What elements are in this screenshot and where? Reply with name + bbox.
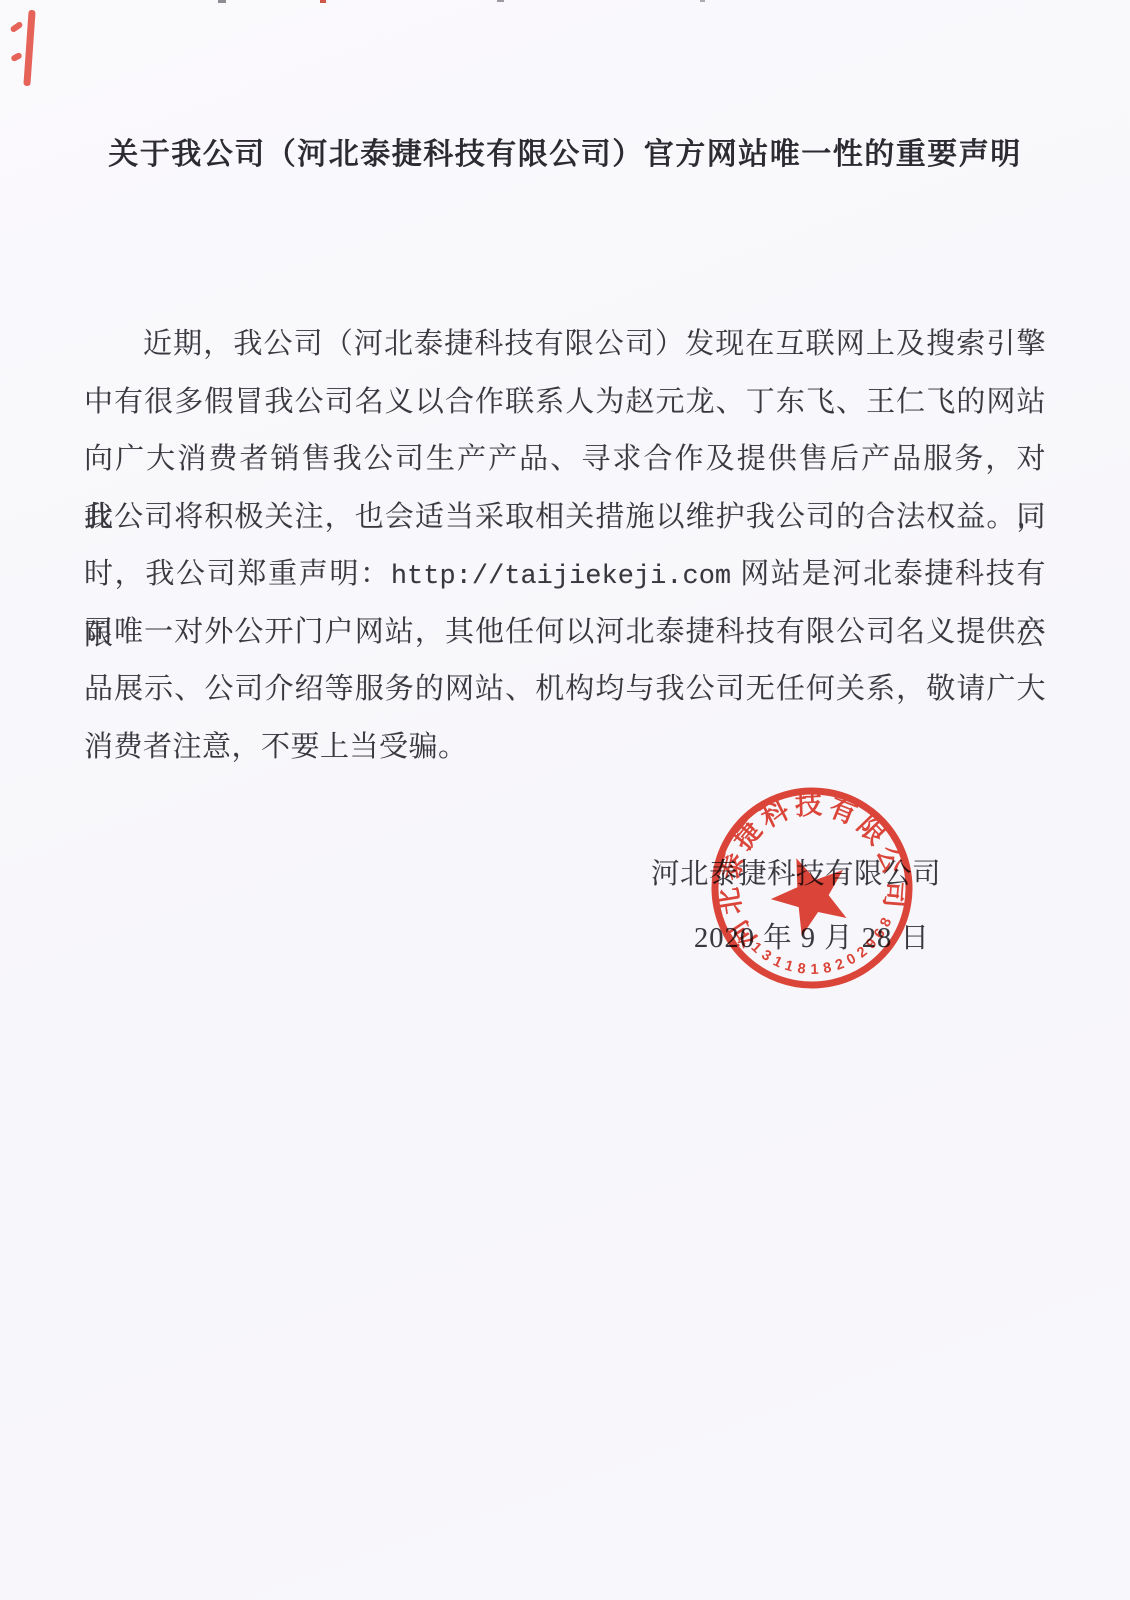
statement-paragraph: 近期，我公司（河北泰捷科技有限公司）发现在互联网上及搜索引擎 中有很多假冒我公司… <box>84 316 1046 776</box>
company-seal: 河北泰捷科技有限公司 1311818202968 <box>692 768 932 1008</box>
scan-speck <box>700 0 705 2</box>
scan-speck <box>218 0 226 3</box>
scan-speck <box>320 0 326 3</box>
body-line: 我公司将积极关注，也会适当采取相关措施以维护我公司的合法权益。同 <box>84 489 1046 547</box>
stamp-fragment-stroke <box>9 21 23 33</box>
body-line: 中有很多假冒我公司名义以合作联系人为赵元龙、丁东飞、王仁飞的网站 <box>84 374 1046 432</box>
document-title: 关于我公司（河北泰捷科技有限公司）官方网站唯一性的重要声明 <box>0 134 1130 176</box>
body-line: 向广大消费者销售我公司生产产品、寻求合作及提供售后产品服务，对此， <box>84 431 1046 489</box>
body-line-text: 时，我公司郑重声明： <box>84 558 391 590</box>
seal-star <box>764 849 855 941</box>
stamp-fragment <box>8 6 56 96</box>
body-line: 近期，我公司（河北泰捷科技有限公司）发现在互联网上及搜索引擎 <box>84 316 1046 374</box>
body-line: 品展示、公司介绍等服务的网站、机构均与我公司无任何关系，敬请广大 <box>84 661 1046 719</box>
svg-text:1311818202968: 1311818202968 <box>746 911 904 992</box>
document-page: 关于我公司（河北泰捷科技有限公司）官方网站唯一性的重要声明 近期，我公司（河北泰… <box>0 0 1130 1600</box>
official-website-url: http://taijiekeji.com <box>391 562 731 592</box>
scan-speck <box>497 0 504 2</box>
body-line: 时，我公司郑重声明：http://taijiekeji.com网站是河北泰捷科技… <box>84 546 1046 604</box>
seal-serial-number: 1311818202968 <box>746 911 904 992</box>
stamp-fragment-stroke <box>10 52 23 62</box>
body-line: 司唯一对外公开门户网站，其他任何以河北泰捷科技有限公司名义提供产 <box>84 604 1046 662</box>
stamp-fragment-stroke <box>23 10 35 86</box>
